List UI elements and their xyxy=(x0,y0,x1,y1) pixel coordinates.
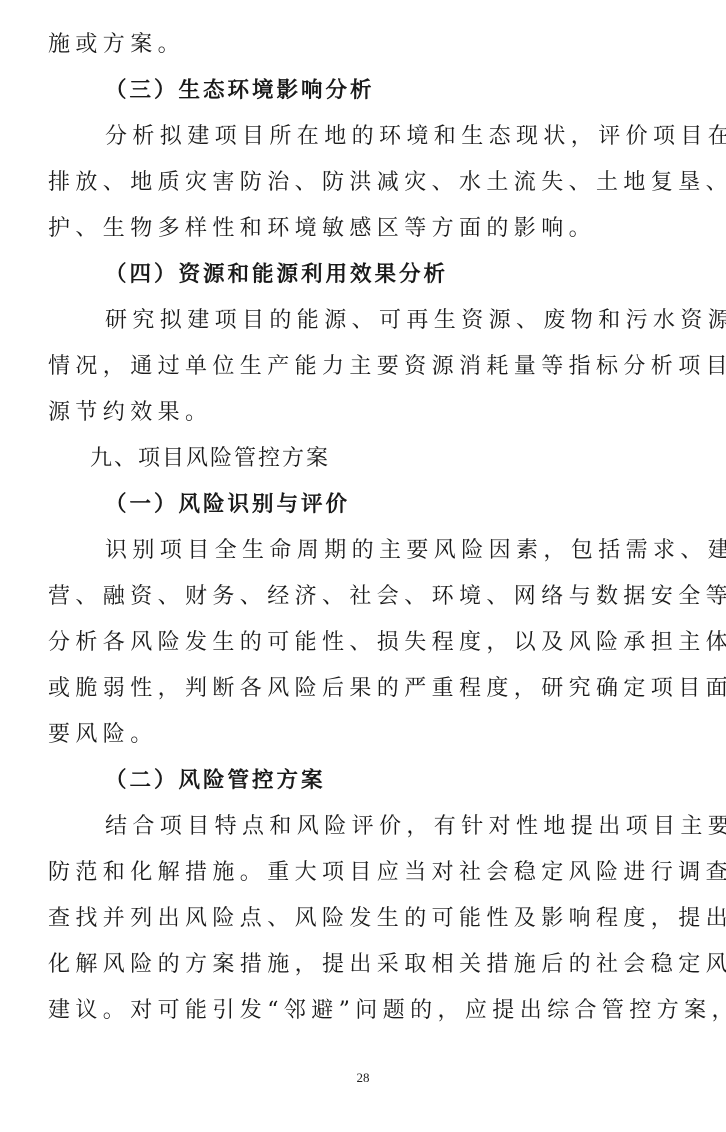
chapter-heading-risk: 九、项目风险管控方案 xyxy=(48,436,690,482)
page-number: 28 xyxy=(0,1070,726,1086)
paragraph-line: 情况，通过单位生产能力主要资源消耗量等指标分析项目资源能 xyxy=(48,344,690,390)
paragraph-line: 建议。对可能引发“邻避”问题的，应提出综合管控方案，保证影 xyxy=(48,988,690,1034)
paragraph-line: 排放、地质灾害防治、防洪减灾、水土流失、土地复垦、生态保 xyxy=(48,160,690,206)
paragraph-line: 化解风险的方案措施，提出采取相关措施后的社会稳定风险等级 xyxy=(48,942,690,988)
paragraph-line: 要风险。 xyxy=(48,712,690,758)
paragraph-line: 营、融资、财务、经济、社会、环境、网络与数据安全等方面， xyxy=(48,574,690,620)
section-heading-resources: （四）资源和能源利用效果分析 xyxy=(48,252,690,298)
document-page: 施或方案。 （三）生态环境影响分析 分析拟建项目所在地的环境和生态现状，评价项目… xyxy=(48,22,690,1034)
section-heading-risk-control: （二）风险管控方案 xyxy=(48,758,690,804)
paragraph-line: 识别项目全生命周期的主要风险因素，包括需求、建设、运 xyxy=(48,528,690,574)
paragraph-line: 结合项目特点和风险评价，有针对性地提出项目主要风险的 xyxy=(48,804,690,850)
paragraph-line: 查找并列出风险点、风险发生的可能性及影响程度，提出防范和 xyxy=(48,896,690,942)
paragraph-continuation: 施或方案。 xyxy=(48,22,690,68)
paragraph-line: 或脆弱性，判断各风险后果的严重程度，研究确定项目面临的主 xyxy=(48,666,690,712)
paragraph-line: 护、生物多样性和环境敏感区等方面的影响。 xyxy=(48,206,690,252)
paragraph-line: 分析拟建项目所在地的环境和生态现状，评价项目在污染物 xyxy=(48,114,690,160)
paragraph-line: 防范和化解措施。重大项目应当对社会稳定风险进行调查分析， xyxy=(48,850,690,896)
section-heading-risk-identification: （一）风险识别与评价 xyxy=(48,482,690,528)
paragraph-line: 分析各风险发生的可能性、损失程度，以及风险承担主体的韧性 xyxy=(48,620,690,666)
paragraph-line: 源节约效果。 xyxy=(48,390,690,436)
section-heading-ecology: （三）生态环境影响分析 xyxy=(48,68,690,114)
paragraph-line: 研究拟建项目的能源、可再生资源、废物和污水资源化利用 xyxy=(48,298,690,344)
